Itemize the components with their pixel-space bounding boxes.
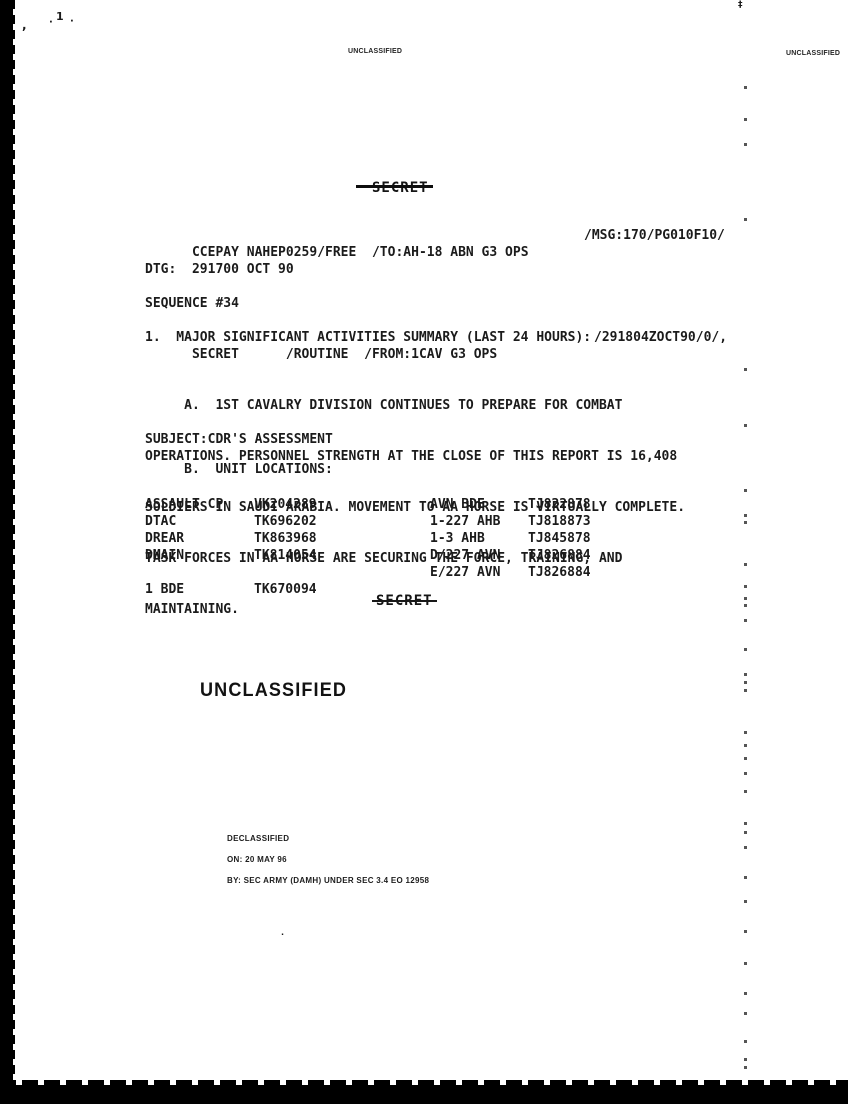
unit-location-row: DMAINTK814054D/227 AVNTJ826884 [145,547,615,564]
scan-speckle [744,822,747,825]
scan-speckle [744,744,747,747]
scan-speckle [744,604,747,607]
unit-location-row: E/227 AVNTJ826884 [145,564,615,581]
dtg-line: DTG: 291700 OCT 90 [145,261,294,278]
stray-mark-comma: , [22,18,27,32]
unit-locations-heading: B. UNIT LOCATIONS: [145,461,333,478]
scan-speckle [744,790,747,793]
unit-name: E/227 AVN [430,564,500,581]
unit-name: ASSAULT CP [145,496,223,513]
paragraph-a-line: A. 1ST CAVALRY DIVISION CONTINUES TO PRE… [145,397,685,414]
scan-speckle [744,900,747,903]
unit-name: DREAR [145,530,184,547]
unit-grid-coordinate: TK670094 [254,581,317,598]
unit-name: 1-227 AHB [430,513,500,530]
scan-speckle [744,1058,747,1061]
scan-speckle [744,1040,747,1043]
scan-speckle [744,681,747,684]
scan-speckle [744,521,747,524]
scan-speckle [744,118,747,121]
unit-grid-coordinate: TK696202 [254,513,317,530]
unit-name: 1-3 AHB [430,530,485,547]
scan-speckle [744,831,747,834]
stray-mark-top-right: ‡ [738,0,743,10]
scan-speckle [744,731,747,734]
scan-speckle [744,1012,747,1015]
unit-grid-coordinate: VK204289 [254,496,317,513]
unit-location-row: ASSAULT CPVK204289AVN BDETJ822878 [145,496,615,513]
stray-mark-one: 1 [56,10,64,23]
header-from-line: SECRET /ROUTINE /FROM:1CAV G3 OPS [192,347,497,362]
stray-mark-tick2: · [70,16,74,27]
declassified-line: ON: 20 MAY 96 [227,856,429,863]
banner-unclassified-right: UNCLASSIFIED [786,50,840,58]
scan-speckle [744,876,747,879]
scan-speckle [744,648,747,651]
stray-mark-tick: · [49,17,53,28]
scan-speckle [744,673,747,676]
unit-grid-coordinate: TK814054 [254,547,317,564]
scan-speckle [744,1066,747,1069]
header-to-line: CCEPAY NAHEP0259/FREE /TO:AH-18 ABN G3 O… [192,245,529,260]
scan-speckle [744,597,747,600]
paragraph-a-line: MAINTAINING. [145,601,685,618]
document-page: , · 1 · ‡ · UNCLASSIFIED UNCLASSIFIED SE… [0,0,848,1104]
scan-speckle [744,619,747,622]
scan-speckle [744,143,747,146]
header-msg-ref: /MSG:170/PG010F10/ [584,227,725,244]
scan-speckle [744,962,747,965]
unit-name: D/227 AVN [430,547,500,564]
unit-name: 1 BDE [145,581,184,598]
unit-name: DTAC [145,513,176,530]
scan-edge-left [0,0,13,1104]
scan-speckle [744,757,747,760]
scan-speckle [744,930,747,933]
scan-speckle [744,86,747,89]
scan-speckle [744,846,747,849]
unit-location-row: 1 BDETK670094 [145,581,615,598]
declassified-line: BY: SEC ARMY (DAMH) UNDER SEC 3.4 EO 129… [227,877,429,884]
header-dtg-ref: /291804ZOCT90/0/, [594,329,727,346]
summary-heading: 1. MAJOR SIGNIFICANT ACTIVITIES SUMMARY … [145,329,591,346]
unit-grid-coordinate: TJ826884 [528,547,591,564]
scan-speckle [744,368,747,371]
scan-speckle [744,563,747,566]
scan-speckle [744,489,747,492]
unit-grid-coordinate: TK863968 [254,530,317,547]
scan-speckle [744,992,747,995]
scan-speckle [744,218,747,221]
stray-mark-mid: · [281,930,284,939]
scan-speckle [744,424,747,427]
unclassified-stamp: UNCLASSIFIED [200,680,347,702]
declassified-stamp: DECLASSIFIED ON: 20 MAY 96 BY: SEC ARMY … [227,821,429,898]
unit-grid-coordinate: TJ845878 [528,530,591,547]
scan-edge-bottom [0,1085,848,1104]
scan-speckle [744,689,747,692]
scan-speckle [744,514,747,517]
unit-location-row: DREARTK8639681-3 AHBTJ845878 [145,530,615,547]
unit-grid-coordinate: TJ822878 [528,496,591,513]
sequence-line: SEQUENCE #34 [145,295,239,312]
unit-grid-coordinate: TJ826884 [528,564,591,581]
unit-grid-coordinate: TJ818873 [528,513,591,530]
unit-name: DMAIN [145,547,184,564]
scan-speckle [744,772,747,775]
banner-unclassified-center: UNCLASSIFIED [348,48,402,56]
unit-name: AVN BDE [430,496,485,513]
declassified-line: DECLASSIFIED [227,835,429,842]
scan-speckle [744,585,747,588]
unit-location-row: DTACTK6962021-227 AHBTJ818873 [145,513,615,530]
unit-locations-table: ASSAULT CPVK204289AVN BDETJ822878DTACTK6… [145,496,615,598]
